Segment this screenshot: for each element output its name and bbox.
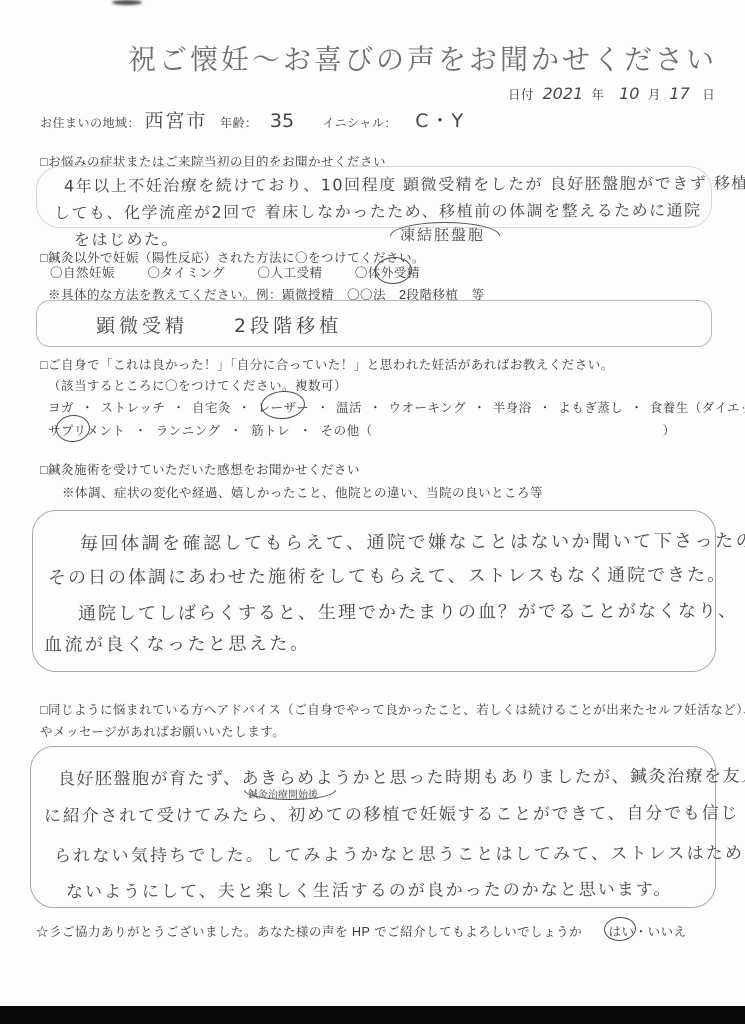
q4-answer-line1: 毎回体調を確認してもらえて、通院で嫌なことはないか聞いて下さったので [80,526,745,555]
date-year-value: 2021 [542,84,583,103]
q5-prompt-line2: やメッセージがあればお願いいたします。 [40,722,285,740]
ivf-circle-mark [374,256,413,286]
date-year-suffix: 年 [592,88,605,102]
option-separator: ・ [221,424,252,438]
page-title: 祝ご懐妊～お喜びの声をお聞かせください [128,38,717,78]
initial-value: C・Y [415,110,465,132]
footer-text: ☆彡ご協力ありがとうございました。あなた様の声を HP でご紹介してもよろしいで… [36,925,582,939]
option-separator: ・ [125,424,156,438]
footer-line: ☆彡ご協力ありがとうございました。あなた様の声を HP でご紹介してもよろしいで… [36,922,687,941]
option-diet: 食養生（ダイエット） [650,401,745,415]
option-separator: ・ [290,424,321,438]
option-running: ランニング [156,424,221,438]
option-yoga: ヨガ [48,401,74,415]
option-laser: レーザー [257,398,309,416]
age-label: 年齢： [220,116,258,130]
region-value: 西宮市 [144,110,207,132]
q5-answer-line1: 良好胚盤胞が育たず、あきらめようかと思った時期もありましたが、鍼灸治療を友人 [58,761,745,789]
q3-prompt: □ご自身で「これは良かった！」「自分に合っていた！」と思われた妊活があればお教え… [40,355,614,373]
date-label: 日付 [508,88,534,102]
profile-line: お住まいの地域： 西宮市 年齢： 35 イニシャル： C・Y [40,106,465,133]
q3-options-row1: ヨガ・ストレッチ・自宅灸・レーザー・温活・ウオーキング・半身浴・よもぎ蒸し・食養… [48,398,745,417]
q1-answer-line2: しても、化学流産が2回で 着床しなかったため、移植前の体調を整えるために通院 [54,198,702,224]
q5-answer-line2: に紹介されて受けてみたら、初めての移植で妊娠することができて、自分でも信じ [44,798,739,826]
option-separator: ・ [309,401,336,415]
option-separator: ・ [466,401,493,415]
option-separator: ・ [165,401,192,415]
q4-answer-line2: その日の体調にあわせた施術をしてもらえて、ストレスもなく通院できた。 [48,561,727,590]
option-yomogi: よもぎ蒸し [558,401,623,415]
option-walking: ウオーキング [389,401,467,415]
q2-option-natural: 〇自然妊娠 [50,263,115,281]
option-onkatsu: 温活 [336,401,362,415]
footer-no: いいえ [648,925,687,939]
q5-answer-line3: られない気持ちでした。してみようかなと思うことはしてみて、ストレスはため [54,838,744,866]
q3-note: （該当するところに〇をつけてください。複数可） [48,376,347,394]
option-separator: ・ [362,401,389,415]
q4-prompt: □鍼灸施術を受けていただいた感想をお聞かせください [40,460,360,478]
q1-answer-line1: 4年以上不妊治療を続けており、10回程度 顕微受精をしたが 良好胚盤胞ができず … [64,171,745,197]
footer-separator: ・ [635,925,648,939]
footer-yes: はい [609,922,635,940]
option-separator: ・ [74,401,101,415]
q2-option-timing: 〇タイミング [147,263,225,281]
option-separator: ・ [532,401,559,415]
option-separator: ・ [231,401,258,415]
scan-bottom-bar [0,1006,745,1024]
laser-circle-mark [261,389,307,420]
option-supplement: サプリメント [48,421,125,439]
age-value: 35 [270,110,294,132]
q5-prompt-line1: □同じように悩まれている方へアドバイス（ご自身でやって良かったこと、若しくは続け… [40,700,745,718]
q2-answer: 顕微受精 2段階移植 [96,311,342,338]
option-muscle: 筋トレ [251,424,290,438]
q2-options-row: 〇自然妊娠 〇タイミング 〇人工受精 〇体外受精 [50,263,420,282]
option-home-moxa: 自宅灸 [192,401,231,415]
q4-answer-line4: 血流が良くなったと思えた。 [44,629,311,656]
date-day-suffix: 日 [702,88,715,102]
region-label: お住まいの地域： [40,116,140,130]
initial-label: イニシャル： [323,116,397,130]
date-day-value: 17 [669,84,689,103]
date-month-value: 10 [619,84,639,103]
q1-annotation: 凍結胚盤胞 [400,224,485,245]
q4-answer-line3: 通院してしばらくすると、生理でかたまりの血？がでることがなくなり、 [78,597,738,626]
q4-note: ※体調、症状の変化や経過、嬉しかったこと、他院との違い、当院の良いところ等 [62,483,543,501]
option-separator: ・ [623,401,650,415]
q5-answer-line4: ないようにして、夫と楽しく生活するのが良かったのかなと思います。 [66,875,672,903]
option-half-bath: 半身浴 [493,401,532,415]
option-stretch: ストレッチ [101,401,166,415]
supplement-circle-mark [55,414,91,443]
date-line: 日付 2021 年 10 月 17 日 [508,84,715,104]
q1-answer-line3: をはじめた。 [74,227,179,250]
date-month-suffix: 月 [648,88,661,102]
q2-option-artificial: 〇人工受精 [257,263,322,281]
q3-options-row2: サプリメント・ランニング・筋トレ・その他（） [48,421,676,440]
scan-smudge [112,0,142,5]
option-other-close-paren: ） [663,421,676,439]
q2-option-ivf: 〇体外受精 [355,263,420,281]
option-other: その他（ [321,424,373,438]
